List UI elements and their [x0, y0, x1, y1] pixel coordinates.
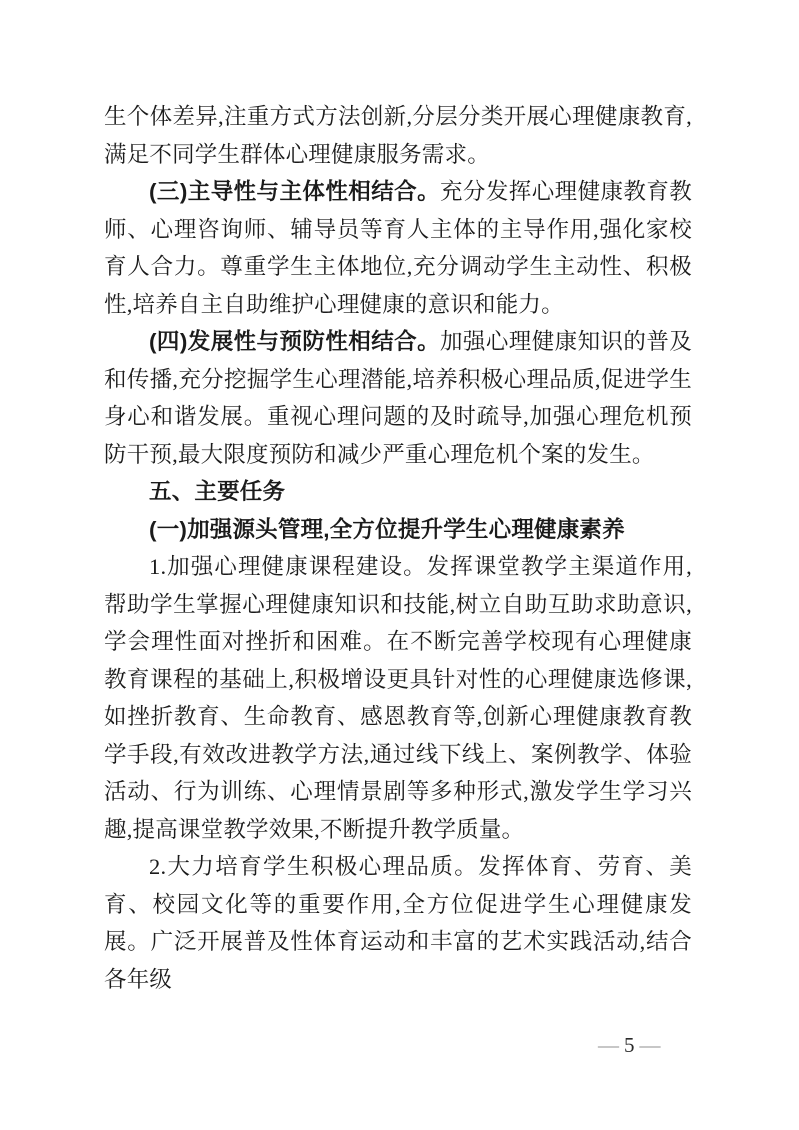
paragraph: (四)发展性与预防性相结合。加强心理健康知识的普及和传播,充分挖掘学生心理潜能,…: [104, 323, 692, 473]
paragraph: 2.大力培育学生积极心理品质。发挥体育、劳育、美育、校园文化等的重要作用,全方位…: [104, 848, 692, 998]
bold-lead-text: (一)加强源头管理,全方位提升学生心理健康素养: [149, 517, 625, 542]
bold-lead-text: (三)主导性与主体性相结合。: [149, 179, 440, 204]
heading1-heading: 五、主要任务: [104, 473, 692, 511]
bold-lead-text: 五、主要任务: [149, 479, 285, 504]
document-page: 生个体差异,注重方式方法创新,分层分类开展心理健康教育,满足不同学生群体心理健康…: [0, 0, 799, 1130]
paragraph: 生个体差异,注重方式方法创新,分层分类开展心理健康教育,满足不同学生群体心理健康…: [104, 98, 692, 173]
document-body: 生个体差异,注重方式方法创新,分层分类开展心理健康教育,满足不同学生群体心理健康…: [104, 98, 692, 998]
footer-dash-right: —: [640, 1033, 661, 1057]
bold-lead-text: (四)发展性与预防性相结合。: [149, 329, 440, 354]
heading2-heading: (一)加强源头管理,全方位提升学生心理健康素养: [104, 511, 692, 549]
paragraph-text: 2.大力培育学生积极心理品质。发挥体育、劳育、美育、校园文化等的重要作用,全方位…: [104, 854, 692, 992]
page-number: 5: [624, 1033, 635, 1057]
paragraph: (三)主导性与主体性相结合。充分发挥心理健康教育教师、心理咨询师、辅导员等育人主…: [104, 173, 692, 323]
paragraph-text: 1.加强心理健康课程建设。发挥课堂教学主渠道作用,帮助学生掌握心理健康知识和技能…: [104, 554, 692, 842]
footer-dash-left: —: [598, 1033, 619, 1057]
paragraph-text: 生个体差异,注重方式方法创新,分层分类开展心理健康教育,满足不同学生群体心理健康…: [104, 104, 692, 167]
paragraph: 1.加强心理健康课程建设。发挥课堂教学主渠道作用,帮助学生掌握心理健康知识和技能…: [104, 548, 692, 848]
page-footer: —5—: [593, 1032, 666, 1058]
